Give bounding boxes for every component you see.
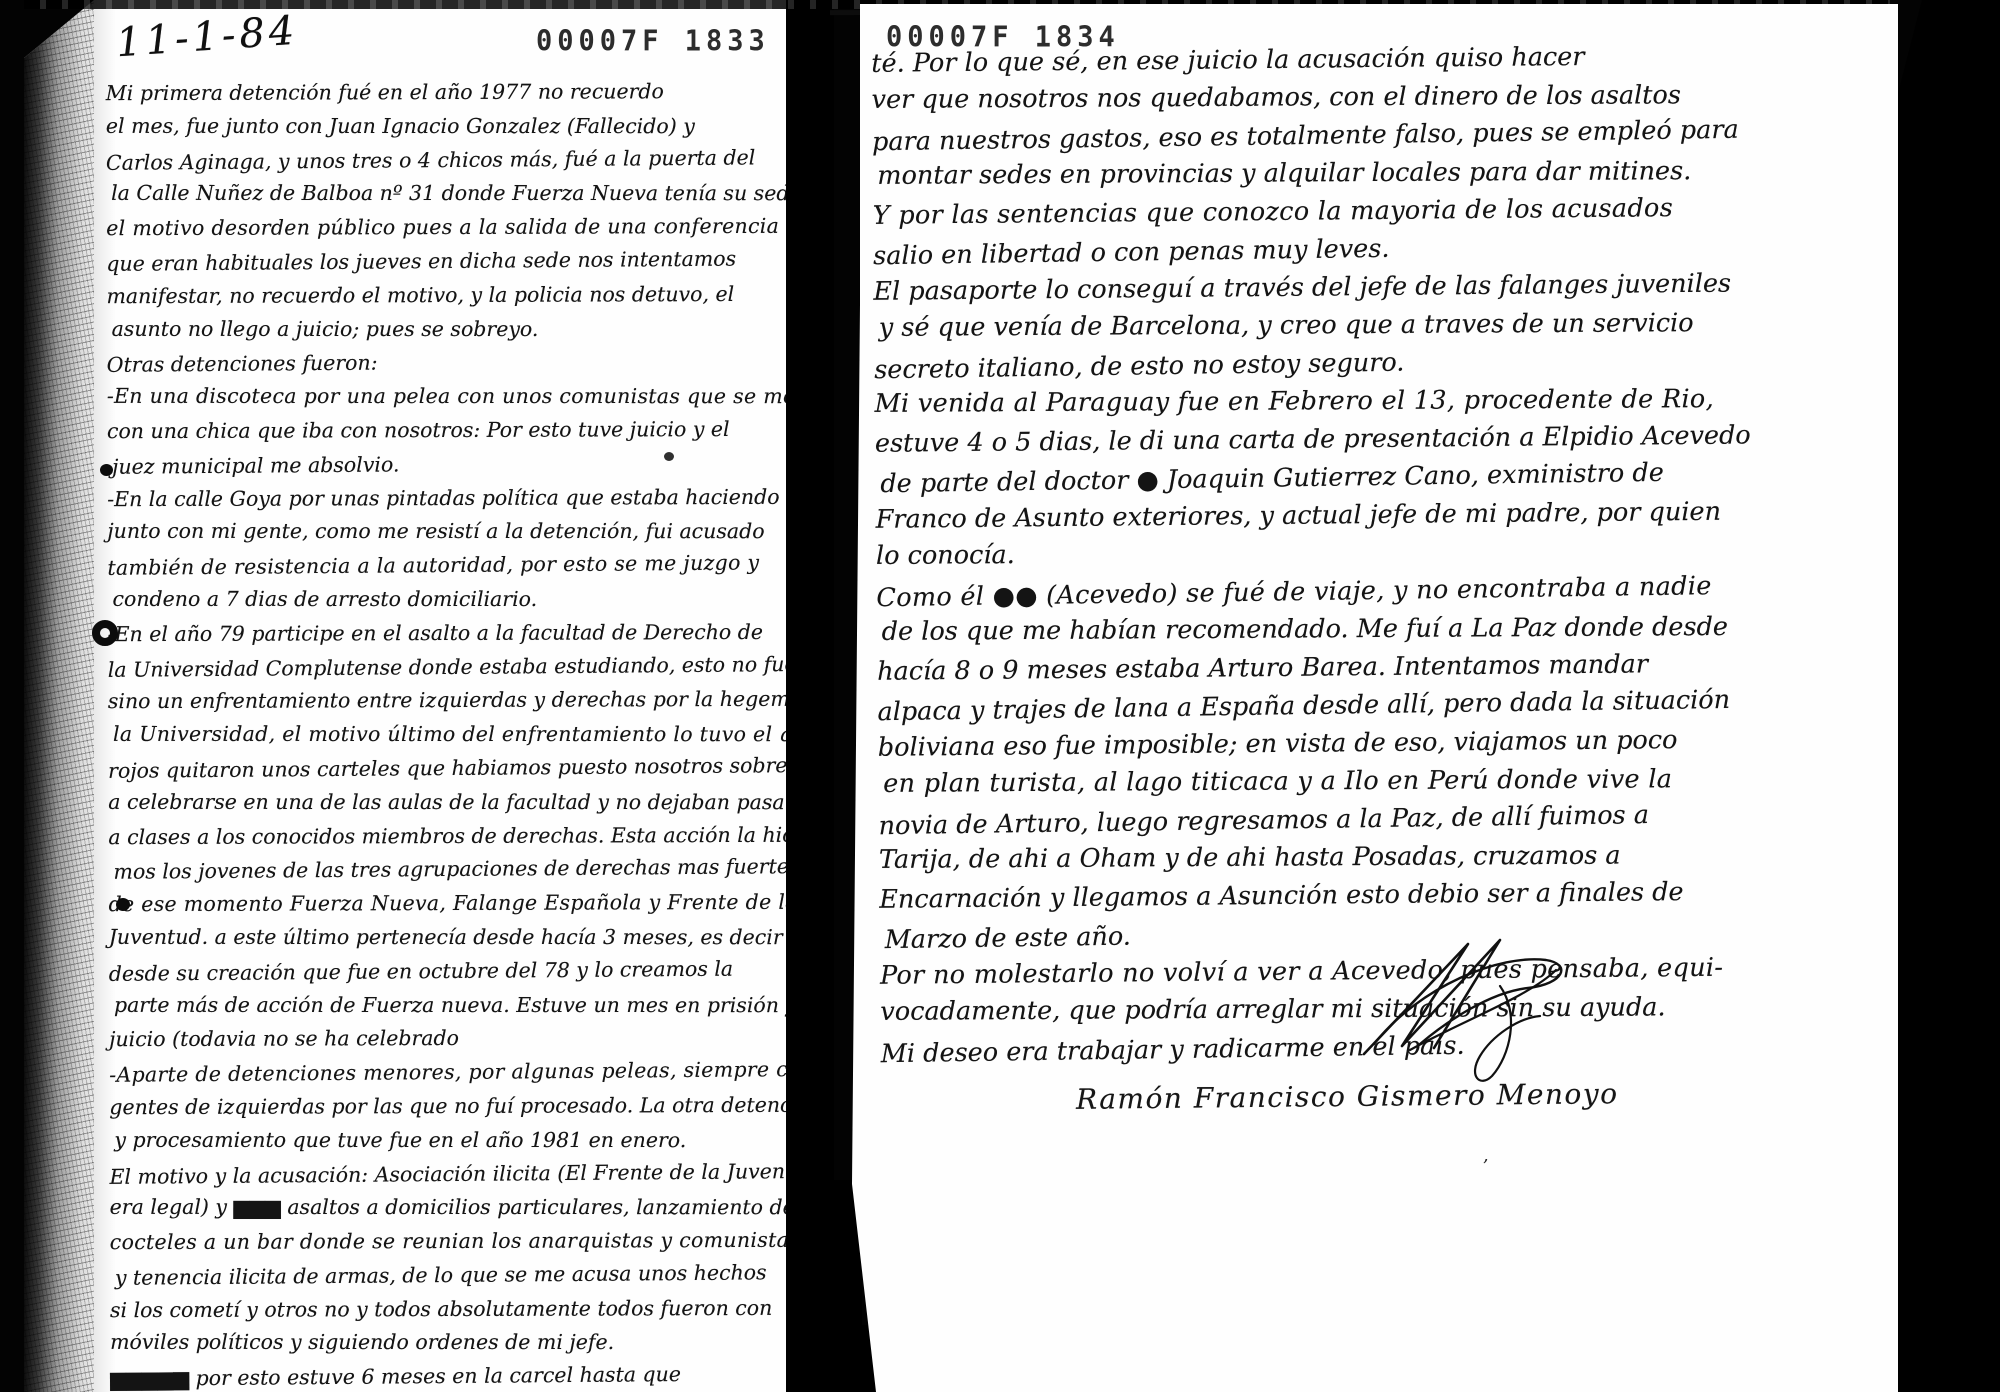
handwritten-line: y procesamiento que tuve fue en el año 1… [114,1124,787,1158]
handwritten-line: el mes, fue junto con Juan Ignacio Gonza… [106,110,784,144]
handwritten-line: cocteles a un bar donde se reunian los a… [110,1224,788,1260]
handwritten-line: y tenencia ilicita de armas, de lo que s… [115,1256,788,1295]
handwritten-line: junto con mi gente, como me resistí a la… [107,515,785,549]
handwritten-line: condeno a 7 dias de arresto domiciliario… [113,583,786,617]
ink-blot [92,620,118,646]
handwritten-line: Carlos Aginaga, y unos tres o 4 chicos m… [106,141,784,180]
handwritten-line: montar sedes en provincias y alquilar lo… [877,151,1872,195]
ink-blot [116,898,130,911]
handwritten-line: El motivo y la acusación: Asociación ili… [109,1155,787,1194]
torn-edge-right [1886,0,2000,1392]
stray-pen-mark: ʼ [1482,1156,1488,1177]
handwritten-line: la Universidad Complutense donde estaba … [108,648,786,687]
handwritten-line: -En el año 79 participe en el asalto a l… [108,616,786,652]
handwritten-line: Juventud. a este último pertenecía desde… [109,921,787,955]
handwritten-line: Mi primera detención fué en el año 1977 … [106,75,784,111]
ink-blot [664,452,674,461]
handwritten-line: Otras detenciones fueron: [107,344,785,383]
handwritten-line: que eran habituales los jueves en dicha … [106,242,784,281]
handwritten-line: sino un enfrentamiento entre izquierdas … [108,683,786,719]
handwritten-line: también de resistencia a la autoridad, p… [107,546,785,585]
handwritten-line: a clases a los conocidos miembros de der… [108,818,786,854]
handwritten-line: ▆▆▆▆▆ por esto estuve 6 meses en la carc… [110,1357,788,1392]
handwritten-line: manifestar, no recuerdo el motivo, y la … [106,278,784,314]
signature-name: Ramón Francisco Gismero Menoyo [1076,1077,1619,1116]
handwritten-line: Tarija, de ahi a Oham y de ahi hasta Pos… [879,835,1879,879]
handwritten-line: era legal) y ▆▆▆ asaltos a domicilios pa… [110,1191,788,1225]
handwritten-line: mos los jovenes de las tres agrupaciones… [113,851,786,890]
document-page-left: 11-1-84 00007F 1833 Mi primera detención… [24,0,790,1392]
date-annotation: 11-1-84 [115,8,300,67]
signature-scribble [1350,926,1585,1091]
handwritten-line: gentes de izquierdas por las que no fuí … [109,1089,787,1125]
handwritten-line: de ese momento Fuerza Nueva, Falange Esp… [109,886,787,922]
handwritten-line: -En una discoteca por una pelea con unos… [107,380,785,414]
handwritten-line: juicio (todavia no se ha celebrado [109,1021,787,1057]
handwritten-text-block-left: Mi primera detención fué en el año 1977 … [106,75,789,1392]
handwritten-line: el motivo desorden público pues a la sal… [106,210,784,246]
handwritten-line: la Calle Nuñez de Balboa nº 31 donde Fue… [111,177,784,211]
handwritten-line: -Aparte de detenciones menores, por algu… [109,1053,787,1092]
handwritten-line: a celebrarse en una de las aulas de la f… [108,786,786,820]
handwritten-line: -En la calle Goya por unas pintadas polí… [107,480,785,516]
handwritten-line: Mi venida al Paraguay fue en Febrero el … [874,379,1874,423]
handwritten-line: si los cometí y otros no y todos absolut… [110,1292,788,1328]
ink-blot [100,464,113,476]
page-gutter [786,0,834,1392]
page-number-stamp-left: 00007F 1833 [536,25,770,57]
handwritten-line: asunto no llego a juicio; pues se sobrey… [112,312,785,346]
handwritten-line: de los que me habían recomendado. Me fuí… [882,607,1877,651]
handwritten-line: desde su creación que fue en octubre del… [109,952,787,991]
handwritten-text-block-right: té. Por lo que sé, en ese juicio la acus… [871,35,1881,1071]
handwritten-line: rojos quitaron unos carteles que habiamo… [108,749,786,788]
handwritten-line: con una chica que iba con nosotros: Por … [107,413,785,449]
handwritten-line: móviles políticos y siguiendo ordenes de… [110,1326,788,1360]
document-page-right: 00007F 1834 té. Por lo que sé, en ese ju… [830,4,1898,1392]
handwritten-line: parte más de acción de Fuerza nueva. Est… [114,988,787,1022]
scanned-document: { "colors": { "background": "#000000", "… [0,0,2000,1392]
handwritten-line: la Universidad, el motivo último del enf… [113,718,786,752]
handwritten-line: juez municipal me absolvio. [112,445,785,484]
